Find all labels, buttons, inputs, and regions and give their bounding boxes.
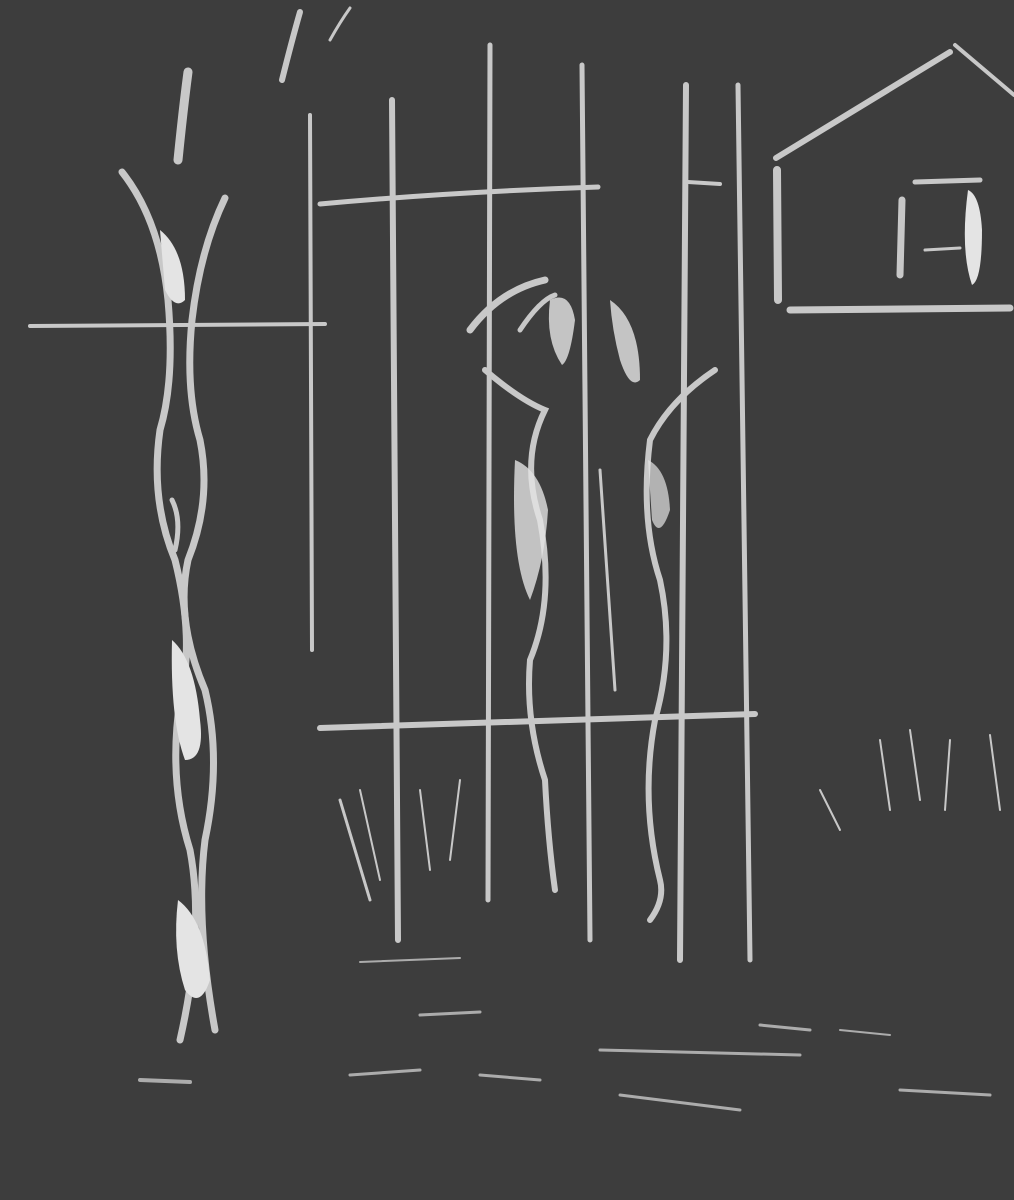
- woodcut-artwork: [0, 0, 1014, 1200]
- artwork-canvas: [0, 0, 1014, 1200]
- horizon-line: [30, 324, 325, 326]
